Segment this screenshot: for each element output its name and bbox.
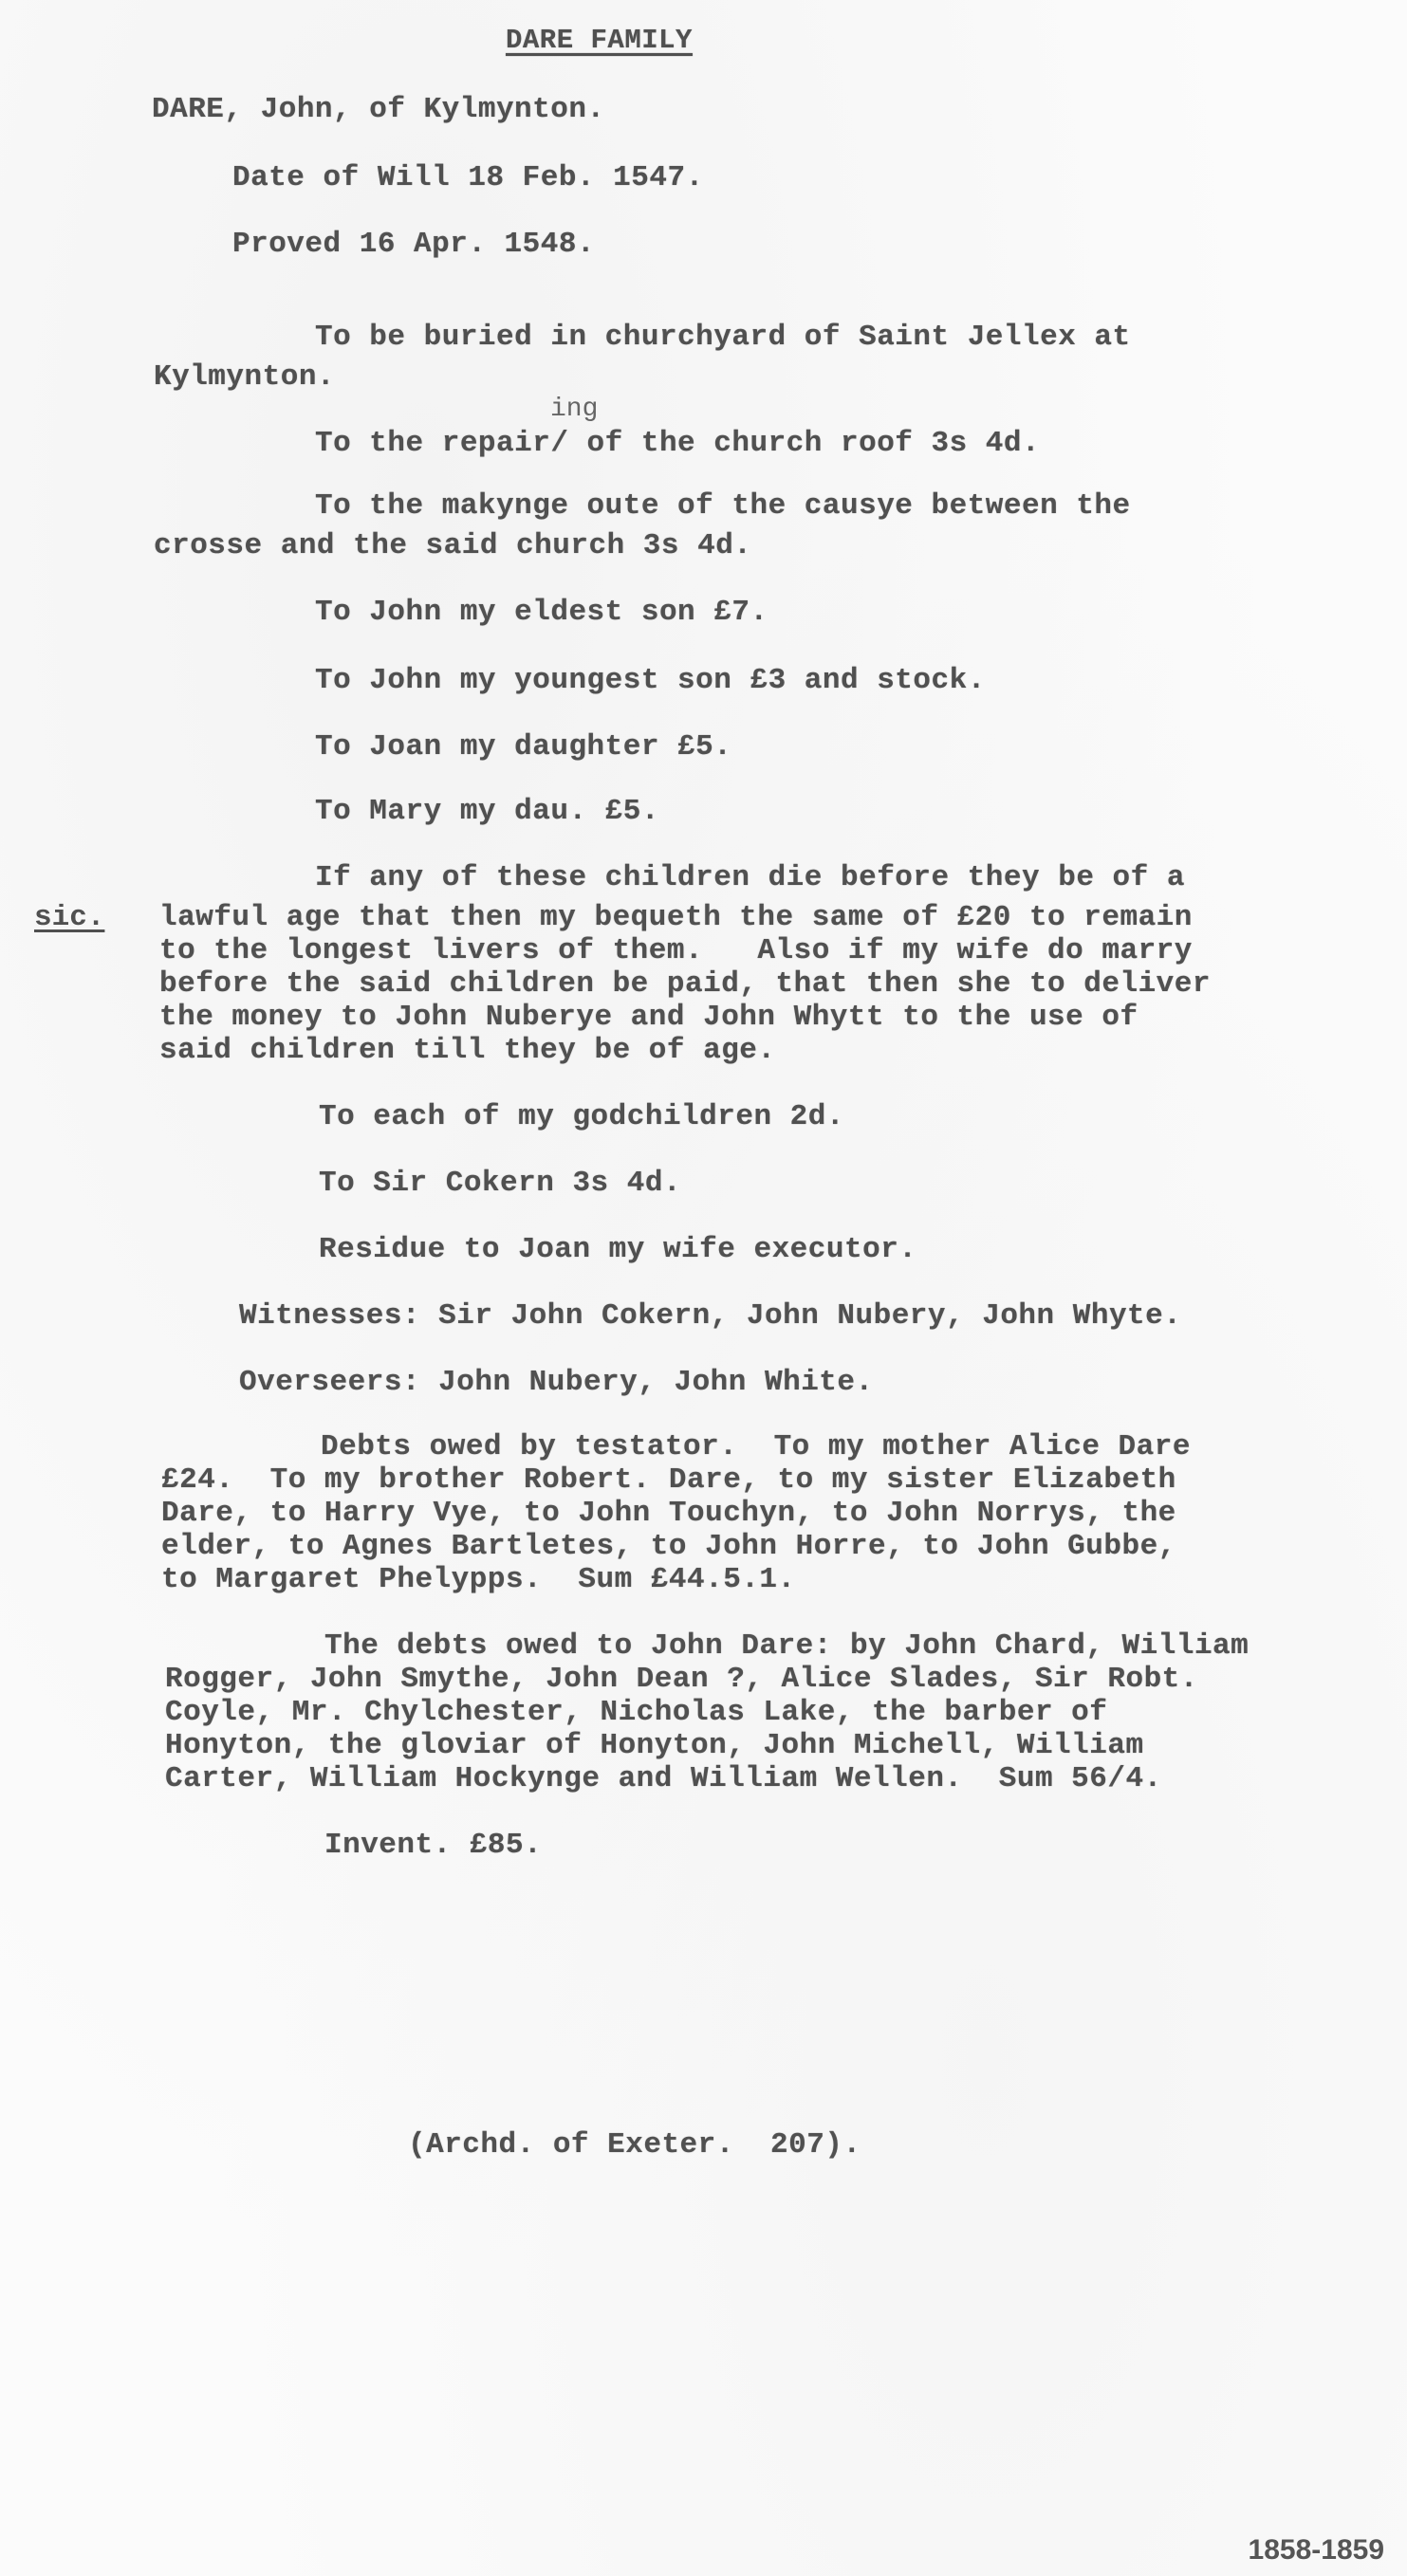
proved-date: Proved 16 Apr. 1548.: [232, 228, 595, 261]
debts-by-testator-line-4: elder, to Agnes Bartletes, to John Horre…: [161, 1530, 1176, 1563]
bequest-godchildren: To each of my godchildren 2d.: [319, 1100, 844, 1133]
margin-note-sic: sic.: [34, 901, 104, 934]
condition-line-1: If any of these children die before they…: [315, 861, 1185, 894]
testator-heading: DARE, John, of Kylmynton.: [152, 93, 605, 126]
inventory-total: Invent. £85.: [324, 1829, 542, 1862]
debts-to-john-line-2: Rogger, John Smythe, John Dean ?, Alice …: [165, 1663, 1198, 1696]
debts-by-testator-line-2: £24. To my brother Robert. Dare, to my s…: [161, 1463, 1176, 1497]
debts-to-john-line-4: Honyton, the gloviar of Honyton, John Mi…: [165, 1729, 1144, 1762]
condition-line-3: to the longest livers of them. Also if m…: [159, 934, 1193, 967]
debts-by-testator-line-3: Dare, to Harry Vye, to John Touchyn, to …: [161, 1497, 1176, 1530]
bequest-youngest-son: To John my youngest son £3 and stock.: [315, 664, 986, 697]
source-reference: (Archd. of Exeter. 207).: [408, 2128, 861, 2162]
bequest-church-roof: To the repair/ of the church roof 3s 4d.: [315, 427, 1040, 460]
condition-line-4: before the said children be paid, that t…: [159, 967, 1211, 1001]
bequest-daughter-joan: To Joan my daughter £5.: [315, 730, 731, 764]
bequest-burial-line-2: Kylmynton.: [154, 360, 335, 394]
handwritten-insertion: ing: [550, 395, 598, 424]
bequest-causey-line-2: crosse and the said church 3s 4d.: [154, 529, 751, 562]
debts-to-john-line-5: Carter, William Hockynge and William Wel…: [165, 1762, 1162, 1795]
page-reference-number: 1858-1859: [1249, 2534, 1384, 2567]
sic-word: sic.: [34, 901, 104, 934]
overseers: Overseers: John Nubery, John White.: [239, 1366, 874, 1399]
witnesses: Witnesses: Sir John Cokern, John Nubery,…: [239, 1299, 1181, 1333]
will-date: Date of Will 18 Feb. 1547.: [232, 161, 704, 194]
bequest-sir-cokern: To Sir Cokern 3s 4d.: [319, 1167, 681, 1200]
condition-line-2: lawful age that then my bequeth the same…: [159, 901, 1193, 934]
debts-to-john-line-1: The debts owed to John Dare: by John Cha…: [324, 1629, 1249, 1663]
condition-line-5: the money to John Nuberye and John Whytt…: [159, 1001, 1139, 1034]
debts-to-john-line-3: Coyle, Mr. Chylchester, Nicholas Lake, t…: [165, 1696, 1107, 1729]
bequest-eldest-son: To John my eldest son £7.: [315, 596, 768, 629]
bequest-burial-line-1: To be buried in churchyard of Saint Jell…: [315, 321, 1131, 354]
debts-by-testator-line-5: to Margaret Phelypps. Sum £44.5.1.: [161, 1563, 796, 1596]
bequest-daughter-mary: To Mary my dau. £5.: [315, 795, 659, 828]
condition-line-6: said children till they be of age.: [159, 1034, 776, 1067]
residue-clause: Residue to Joan my wife executor.: [319, 1233, 916, 1266]
document-page: DARE FAMILY DARE, John, of Kylmynton. Da…: [0, 0, 1407, 2576]
bequest-causey-line-1: To the makynge oute of the causye betwee…: [315, 489, 1131, 523]
debts-by-testator-line-1: Debts owed by testator. To my mother Ali…: [321, 1430, 1191, 1463]
document-title: DARE FAMILY: [506, 25, 693, 56]
